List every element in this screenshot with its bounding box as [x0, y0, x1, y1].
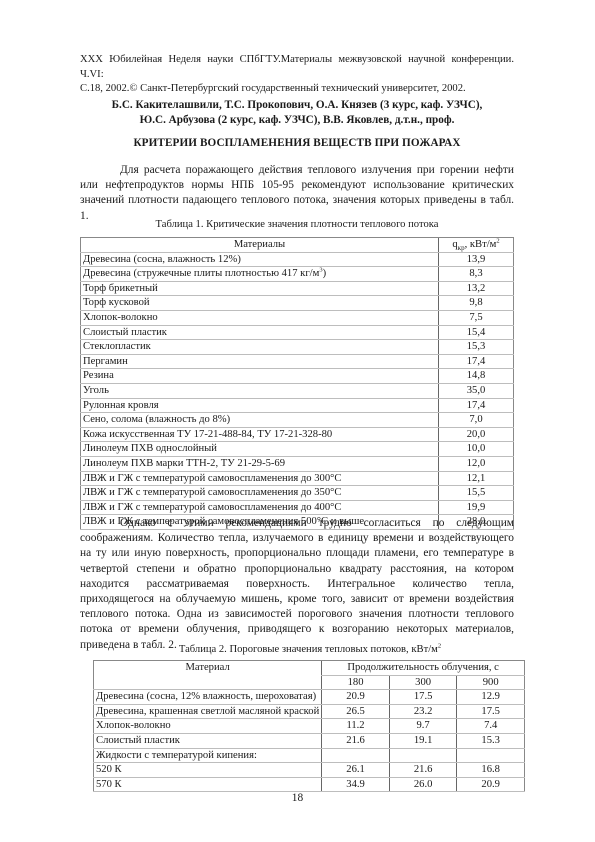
- table1-cell-value: 12,0: [439, 456, 514, 471]
- table1-cell-value: 19,9: [439, 500, 514, 515]
- table1-cell-material: Стеклопластик: [81, 340, 439, 355]
- table1-row: Торф кусковой9,8: [81, 296, 514, 311]
- table2-header-material: Материал: [94, 661, 322, 690]
- table2-cell-value: 9.7: [389, 719, 457, 734]
- table2-header-time-900: 900: [457, 675, 525, 690]
- table2-threshold-heat-flux: Материал Продолжительность облучения, с …: [93, 660, 525, 792]
- table2-cell-value: 26.5: [322, 704, 390, 719]
- table1-cell-value: 15,4: [439, 325, 514, 340]
- table2-cell-material: Древесина, крашенная светлой масляной кр…: [94, 704, 322, 719]
- table2-cell-value: 19.1: [389, 733, 457, 748]
- table1-cell-value: 15,5: [439, 486, 514, 501]
- table2-row: 570 К34.926.020.9: [94, 777, 525, 792]
- table2-cell-value: 23.2: [389, 704, 457, 719]
- table2-cell-material: 520 К: [94, 763, 322, 778]
- authors-line-1: Б.С. Какителашвили, Т.С. Прокопович, О.А…: [80, 98, 514, 113]
- article-title: КРИТЕРИИ ВОСПЛАМЕНЕНИЯ ВЕЩЕСТВ ПРИ ПОЖАР…: [80, 137, 514, 149]
- table2-cell-value: 26.1: [322, 763, 390, 778]
- table1-row: Пергамин17,4: [81, 354, 514, 369]
- table1-cell-material: Древесина (стружечные плиты плотностью 4…: [81, 267, 439, 282]
- table1-cell-material: Слоистый пластик: [81, 325, 439, 340]
- table2-cell-material: Древесина (сосна, 12% влажность, шерохов…: [94, 690, 322, 705]
- citation-line-2: С.18, 2002.© Санкт-Петербургский государ…: [80, 82, 514, 97]
- table2-cell-value: 7.4: [457, 719, 525, 734]
- table1-cell-material: Хлопок-волокно: [81, 310, 439, 325]
- table2-cell-value: 20.9: [457, 777, 525, 792]
- table2-cell-value: 21.6: [389, 763, 457, 778]
- table2-row: 520 К26.121.616.8: [94, 763, 525, 778]
- table1-cell-material: ЛВЖ и ГЖ с температурой самовоспламенени…: [81, 486, 439, 501]
- table2-cell-value: 16.8: [457, 763, 525, 778]
- table1-row: Уголь35,0: [81, 383, 514, 398]
- table2-header-time-180: 180: [322, 675, 390, 690]
- table2-cell-value: 12.9: [457, 690, 525, 705]
- table1-header-row: Материалы qкр, кВт/м2: [81, 238, 514, 253]
- table2-cell-value: 26.0: [389, 777, 457, 792]
- citation-header: XXX Юбилейная Неделя науки СПбГТУ.Матери…: [80, 53, 514, 97]
- table1-cell-material: Торф кусковой: [81, 296, 439, 311]
- table2-row: Жидкости с температурой кипения:: [94, 748, 525, 763]
- table2-cell-value: 15.3: [457, 733, 525, 748]
- table1-row: Древесина (сосна, влажность 12%)13,9: [81, 252, 514, 267]
- table1-header-material: Материалы: [81, 238, 439, 253]
- table1-cell-value: 10,0: [439, 442, 514, 457]
- table2-cell-value: 34.9: [322, 777, 390, 792]
- paragraph-discussion: Однако с этими рекомендациями трудно сог…: [80, 516, 514, 653]
- table2-cell-material: Жидкости с температурой кипения:: [94, 748, 322, 763]
- table1-row: ЛВЖ и ГЖ с температурой самовоспламенени…: [81, 486, 514, 501]
- table1-row: Резина14,8: [81, 369, 514, 384]
- table1-cell-material: Сено, солома (влажность до 8%): [81, 413, 439, 428]
- table2-cell-value: 17.5: [389, 690, 457, 705]
- table2-cell-material: Хлопок-волокно: [94, 719, 322, 734]
- authors-line-2: Ю.С. Арбузова (2 курс, каф. УЗЧС), В.В. …: [80, 113, 514, 128]
- table1-cell-value: 14,8: [439, 369, 514, 384]
- authors: Б.С. Какителашвили, Т.С. Прокопович, О.А…: [80, 98, 514, 128]
- table2-caption: Таблица 2. Пороговые значения тепловых п…: [80, 644, 540, 655]
- table1-row: Торф брикетный13,2: [81, 281, 514, 296]
- table1-row: Рулонная кровля17,4: [81, 398, 514, 413]
- table2-row: Древесина (сосна, 12% влажность, шерохов…: [94, 690, 525, 705]
- table1-header-value: qкр, кВт/м2: [439, 238, 514, 253]
- table1-cell-value: 13,9: [439, 252, 514, 267]
- table1-cell-material: Уголь: [81, 383, 439, 398]
- table2-header-row-1: Материал Продолжительность облучения, с: [94, 661, 525, 676]
- table1-cell-value: 20,0: [439, 427, 514, 442]
- table2-cell-value: 11.2: [322, 719, 390, 734]
- table1-row: Сено, солома (влажность до 8%)7,0: [81, 413, 514, 428]
- table1-cell-value: 17,4: [439, 354, 514, 369]
- table1-cell-material: Резина: [81, 369, 439, 384]
- table1-cell-value: 17,4: [439, 398, 514, 413]
- table1-cell-value: 15,3: [439, 340, 514, 355]
- table2-row: Слоистый пластик21.619.115.3: [94, 733, 525, 748]
- table1-caption: Таблица 1. Критические значения плотност…: [80, 219, 514, 230]
- table2-cell-material: Слоистый пластик: [94, 733, 322, 748]
- table2-row: Древесина, крашенная светлой масляной кр…: [94, 704, 525, 719]
- table2-header-time-300: 300: [389, 675, 457, 690]
- table2-cell-value: 21.6: [322, 733, 390, 748]
- table2-cell-material: 570 К: [94, 777, 322, 792]
- table1-cell-value: 35,0: [439, 383, 514, 398]
- table1-row: ЛВЖ и ГЖ с температурой самовоспламенени…: [81, 471, 514, 486]
- table2-cell-value: 17.5: [457, 704, 525, 719]
- table1-row: Слоистый пластик15,4: [81, 325, 514, 340]
- table1-cell-material: Торф брикетный: [81, 281, 439, 296]
- page-number: 18: [0, 792, 595, 804]
- table1-cell-material: Кожа искусственная ТУ 17-21-488-84, ТУ 1…: [81, 427, 439, 442]
- table1-cell-value: 7,5: [439, 310, 514, 325]
- table2-row: Хлопок-волокно11.29.77.4: [94, 719, 525, 734]
- citation-line-1: XXX Юбилейная Неделя науки СПбГТУ.Матери…: [80, 53, 514, 82]
- table1-cell-material: ЛВЖ и ГЖ с температурой самовоспламенени…: [81, 471, 439, 486]
- table1-row: ЛВЖ и ГЖ с температурой самовоспламенени…: [81, 500, 514, 515]
- table1-row: Кожа искусственная ТУ 17-21-488-84, ТУ 1…: [81, 427, 514, 442]
- table1-cell-value: 8,3: [439, 267, 514, 282]
- paragraph-intro: Для расчета поражающего действия теплово…: [80, 163, 514, 224]
- table2-cell-value: 20.9: [322, 690, 390, 705]
- table2-header-duration: Продолжительность облучения, с: [322, 661, 525, 676]
- table1-cell-material: Пергамин: [81, 354, 439, 369]
- table1-row: Линолеум ПХВ однослойный10,0: [81, 442, 514, 457]
- table1-row: Древесина (стружечные плиты плотностью 4…: [81, 267, 514, 282]
- table2-cell-value: [389, 748, 457, 763]
- table2-cell-value: [322, 748, 390, 763]
- table2-cell-value: [457, 748, 525, 763]
- table1-row: Линолеум ПХВ марки ТТН-2, ТУ 21-29-5-691…: [81, 456, 514, 471]
- table1-cell-value: 13,2: [439, 281, 514, 296]
- table1-cell-value: 7,0: [439, 413, 514, 428]
- table1-cell-material: Линолеум ПХВ однослойный: [81, 442, 439, 457]
- table1-cell-material: Древесина (сосна, влажность 12%): [81, 252, 439, 267]
- table1-cell-value: 9,8: [439, 296, 514, 311]
- table1-cell-material: Линолеум ПХВ марки ТТН-2, ТУ 21-29-5-69: [81, 456, 439, 471]
- table1-critical-heat-flux: Материалы qкр, кВт/м2 Древесина (сосна, …: [80, 237, 514, 530]
- table1-row: Стеклопластик15,3: [81, 340, 514, 355]
- table1-cell-material: ЛВЖ и ГЖ с температурой самовоспламенени…: [81, 500, 439, 515]
- table1-cell-value: 12,1: [439, 471, 514, 486]
- table1-row: Хлопок-волокно7,5: [81, 310, 514, 325]
- table1-cell-material: Рулонная кровля: [81, 398, 439, 413]
